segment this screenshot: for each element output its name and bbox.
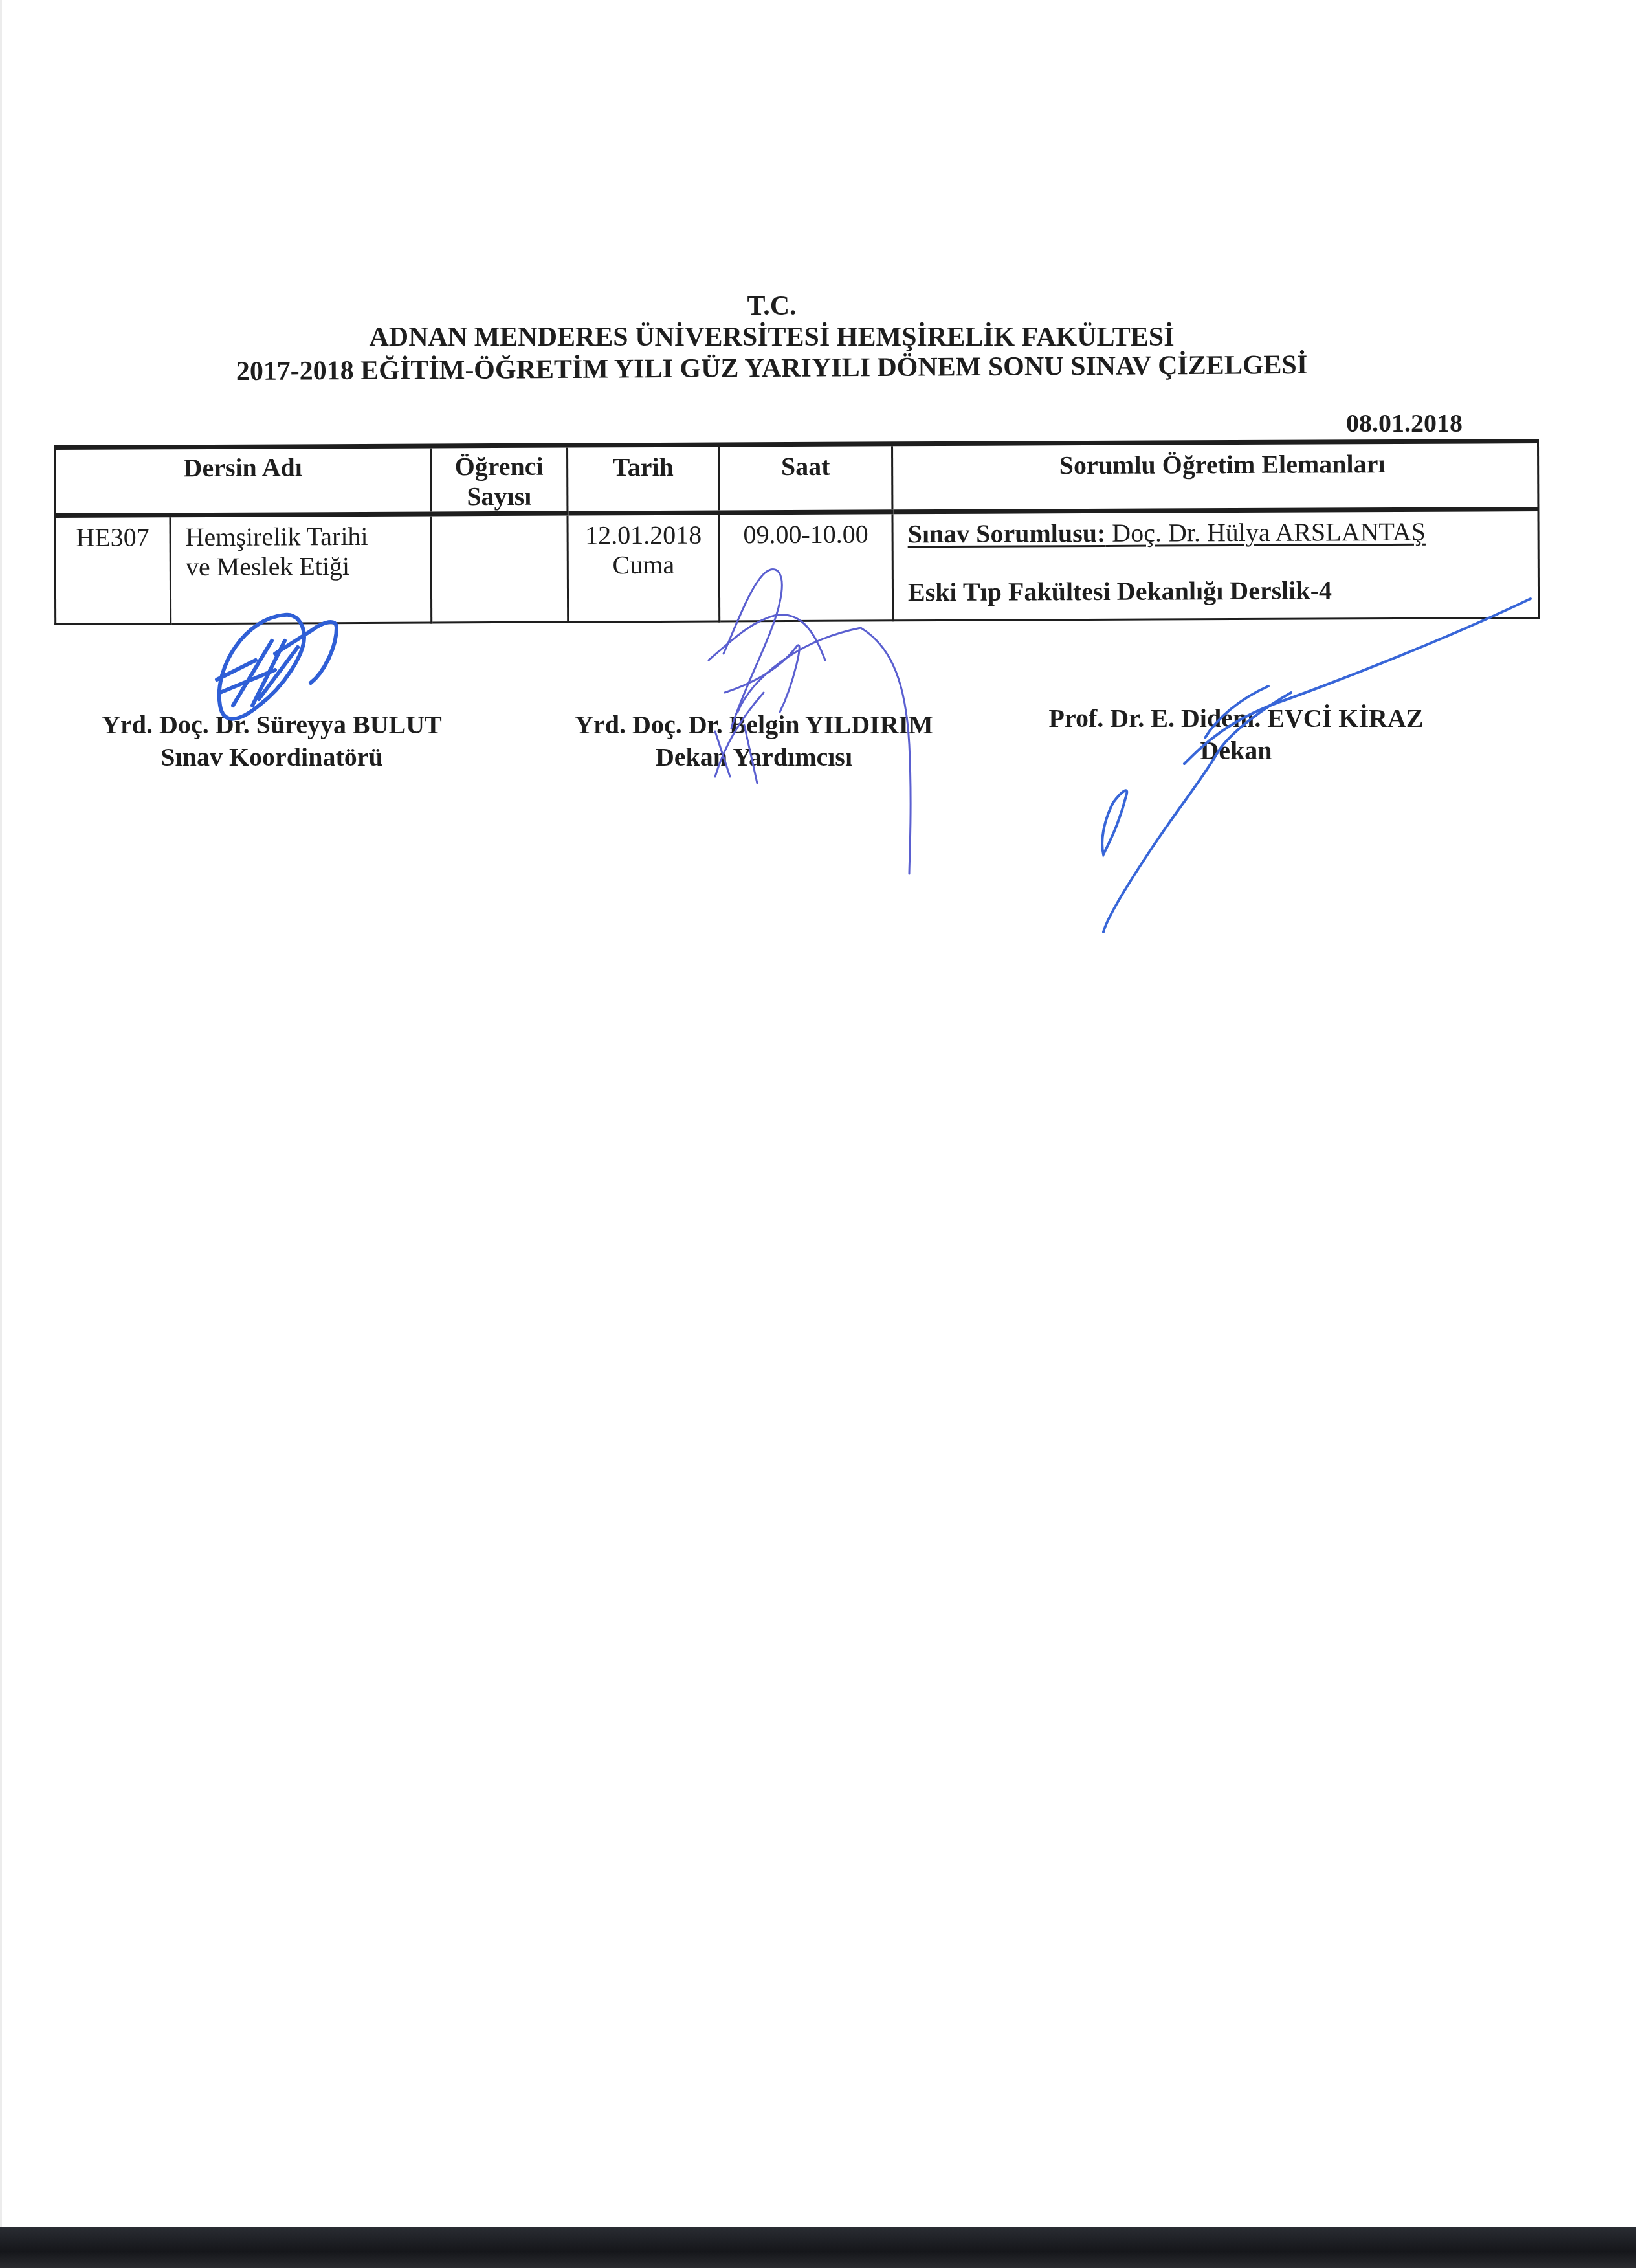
course-code: HE307 [55,515,171,625]
signatory-exam-coordinator: Yrd. Doç. Dr. Süreyya BULUT Sınav Koordi… [91,709,453,773]
exam-responsible-name: Doç. Dr. Hülya ARSLANTAŞ [1105,517,1426,548]
exam-schedule-table: Dersin Adı Öğrenci Sayısı Tarih Saat Sor… [54,439,1540,625]
exam-date: 12.01.2018 Cuma [568,513,720,622]
table-row: HE307 Hemşirelik Tarihi ve Meslek Etiği … [55,509,1539,624]
signatory-vice-dean: Yrd. Doç. Dr. Belgin YILDIRIM Dekan Yard… [563,709,945,773]
header-course-name: Dersin Adı [55,446,431,516]
header-faculty: ADNAN MENDERES ÜNİVERSİTESİ HEMŞİRELİK F… [0,324,1543,351]
exam-responsible: Sınav Sorumlusu: Doç. Dr. Hülya ARSLANTA… [908,517,1538,549]
header-student-count-line1: Öğrenci [432,452,566,482]
student-count [431,513,568,623]
course-name: Hemşirelik Tarihi ve Meslek Etiği [170,514,432,624]
course-name-line2: ve Meslek Etiği [186,551,430,582]
signatory-title: Sınav Koordinatörü [91,741,453,773]
header-schedule-title: 2017-2018 EĞİTİM-ÖĞRETİM YILI GÜZ YARIYI… [0,350,1543,387]
header-time: Saat [719,444,892,513]
signature-icon [217,615,337,719]
exam-location: Eski Tıp Fakültesi Dekanlığı Derslik-4 [908,575,1538,607]
responsible-staff: Sınav Sorumlusu: Doç. Dr. Hülya ARSLANTA… [892,509,1539,620]
header-tc: T.C. [0,293,1543,320]
signatory-title: Dekan Yardımcısı [563,741,945,773]
signatory-name: Prof. Dr. E. Didem. EVCİ KİRAZ [1029,702,1443,735]
signatory-name: Yrd. Doç. Dr. Süreyya BULUT [91,709,453,741]
table-header-row: Dersin Adı Öğrenci Sayısı Tarih Saat Sor… [55,441,1538,515]
signatory-name: Yrd. Doç. Dr. Belgin YILDIRIM [563,709,945,741]
document-date: 08.01.2018 [1346,408,1463,438]
signatory-dean: Prof. Dr. E. Didem. EVCİ KİRAZ Dekan [1029,702,1443,767]
header-date: Tarih [568,445,719,513]
exam-day: Cuma [569,550,718,581]
exam-time: 09.00-10.00 [719,512,893,621]
header-student-count: Öğrenci Sayısı [431,445,568,514]
signatory-title: Dekan [1029,735,1443,767]
course-name-line1: Hemşirelik Tarihi [186,521,430,552]
header-staff: Sorumlu Öğretim Elemanları [892,441,1538,511]
exam-responsible-label: Sınav Sorumlusu: [908,518,1106,548]
scan-border [0,2227,1636,2268]
exam-date-value: 12.01.2018 [569,520,718,551]
header-student-count-line2: Sayısı [432,482,566,512]
